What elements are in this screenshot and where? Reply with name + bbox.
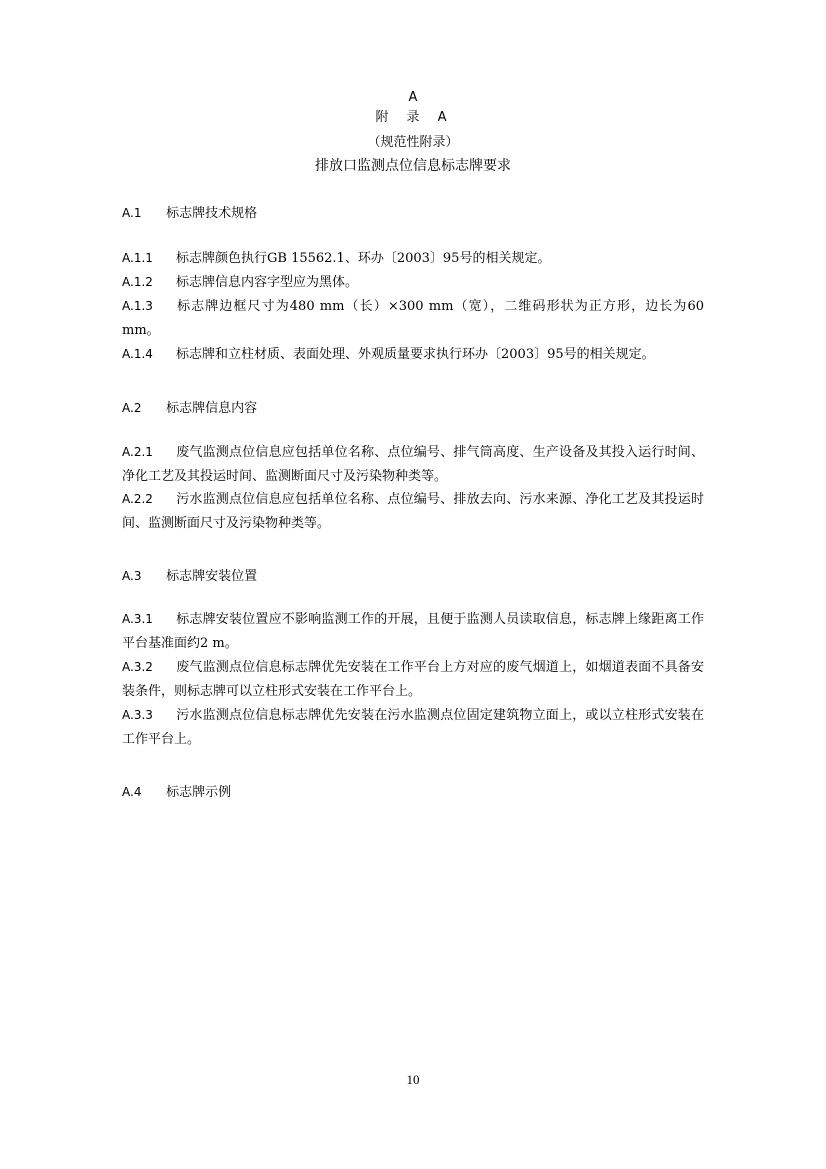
appendix-type-note: （规范性附录） — [0, 135, 826, 151]
clause-a1-4: A.1.4标志牌和立柱材质、表面处理、外观质量要求执行环办〔2003〕95号的相… — [122, 343, 704, 367]
clause-number: A.2.1 — [122, 441, 176, 465]
section-heading-a1: A.1 标志牌技术规格 — [122, 204, 257, 223]
clause-text: 污水监测点位信息标志牌优先安装在污水监测点位固定建筑物立面上，或以立柱形式安装在… — [122, 708, 704, 747]
clause-text: 废气监测点位信息应包括单位名称、点位编号、排气筒高度、生产设备及其投入运行时间、… — [122, 445, 704, 484]
appendix-heading-letter: A — [438, 110, 451, 125]
clause-text: 标志牌边框尺寸为480 mm（长）×300 mm（宽），二维码形状为正方形，边长… — [122, 299, 704, 338]
appendix-title: 排放口监测点位信息标志牌要求 — [0, 158, 826, 174]
clause-number: A.2.2 — [122, 488, 176, 512]
appendix-letter: A — [0, 90, 826, 106]
section-number: A.1 — [122, 204, 162, 222]
section-number: A.2 — [122, 399, 162, 417]
clause-text: 标志牌和立柱材质、表面处理、外观质量要求执行环办〔2003〕95号的相关规定。 — [176, 347, 655, 362]
clause-a3-2: A.3.2废气监测点位信息标志牌优先安装在工作平台上方对应的废气烟道上，如烟道表… — [122, 656, 704, 703]
clause-number: A.1.2 — [122, 271, 176, 295]
section-title: 标志牌示例 — [166, 785, 231, 800]
appendix-word-1: 附 — [376, 110, 393, 125]
clause-a2-2: A.2.2污水监测点位信息应包括单位名称、点位编号、排放去向、污水来源、净化工艺… — [122, 488, 704, 535]
appendix-word-2: 录 — [407, 110, 424, 125]
clause-text: 污水监测点位信息应包括单位名称、点位编号、排放去向、污水来源、净化工艺及其投运时… — [122, 492, 704, 531]
section-title: 标志牌技术规格 — [166, 206, 257, 221]
section-number: A.4 — [122, 783, 162, 801]
clause-a1-2: A.1.2标志牌信息内容字型应为黑体。 — [122, 271, 704, 295]
clause-a3-3: A.3.3污水监测点位信息标志牌优先安装在污水监测点位固定建筑物立面上，或以立柱… — [122, 704, 704, 751]
document-page: A 附录A （规范性附录） 排放口监测点位信息标志牌要求 A.1 标志牌技术规格… — [0, 0, 826, 1169]
clause-a1-1: A.1.1标志牌颜色执行GB 15562.1、环办〔2003〕95号的相关规定。 — [122, 247, 704, 271]
clause-number: A.1.3 — [122, 295, 176, 319]
section-title: 标志牌安装位置 — [166, 569, 257, 584]
page-number: 10 — [0, 1072, 826, 1088]
clause-text: 标志牌安装位置应不影响监测工作的开展，且便于监测人员读取信息，标志牌上缘距离工作… — [122, 612, 704, 651]
section-heading-a3: A.3 标志牌安装位置 — [122, 567, 257, 586]
section-heading-a4: A.4 标志牌示例 — [122, 783, 231, 802]
clause-number: A.3.3 — [122, 704, 176, 728]
clause-number: A.3.1 — [122, 608, 176, 632]
clause-a1-3: A.1.3标志牌边框尺寸为480 mm（长）×300 mm（宽），二维码形状为正… — [122, 295, 704, 342]
section-title: 标志牌信息内容 — [166, 401, 257, 416]
clause-text: 废气监测点位信息标志牌优先安装在工作平台上方对应的废气烟道上，如烟道表面不具备安… — [122, 660, 704, 699]
section-number: A.3 — [122, 567, 162, 585]
clause-text: 标志牌颜色执行GB 15562.1、环办〔2003〕95号的相关规定。 — [176, 251, 550, 266]
clause-a2-1: A.2.1废气监测点位信息应包括单位名称、点位编号、排气筒高度、生产设备及其投入… — [122, 441, 704, 488]
clause-number: A.1.1 — [122, 247, 176, 271]
clause-number: A.3.2 — [122, 656, 176, 680]
clause-a3-1: A.3.1标志牌安装位置应不影响监测工作的开展，且便于监测人员读取信息，标志牌上… — [122, 608, 704, 655]
appendix-heading: 附录A — [0, 110, 826, 126]
clause-text: 标志牌信息内容字型应为黑体。 — [176, 275, 358, 290]
clause-number: A.1.4 — [122, 343, 176, 367]
section-heading-a2: A.2 标志牌信息内容 — [122, 399, 257, 418]
